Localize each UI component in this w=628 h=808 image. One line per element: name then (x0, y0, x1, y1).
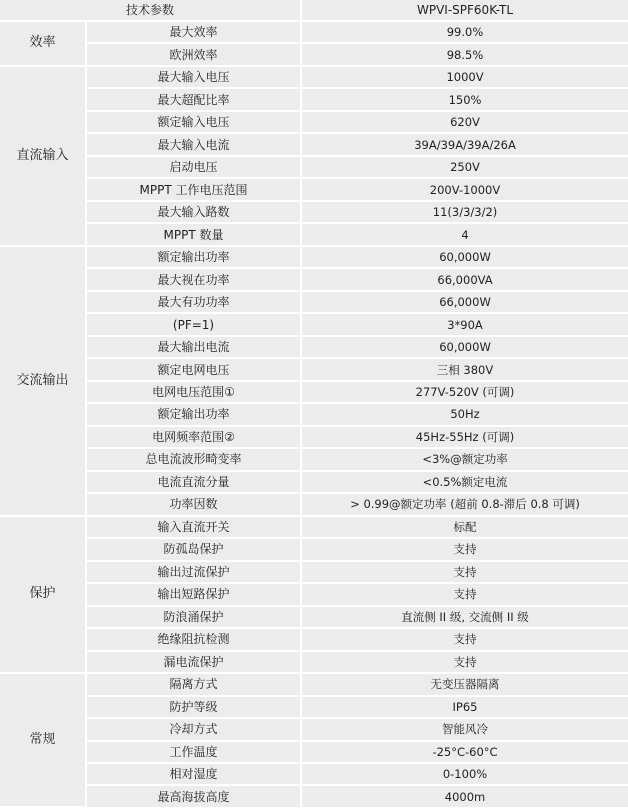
table-row: 最大输入路数11(3/3/3/2) (0, 201, 628, 223)
param-value: 11(3/3/3/2) (301, 201, 628, 223)
param-value: -25°C-60°C (301, 741, 628, 763)
table-row: 最大视在功率66,000VA (0, 268, 628, 290)
header-row: 技术参数 WPVI-SPF60K-TL (0, 0, 628, 21)
param-value: 50Hz (301, 403, 628, 425)
param-value: 66,000VA (301, 268, 628, 290)
table-row: 欧洲效率98.5% (0, 43, 628, 65)
table-row: 冷却方式智能风冷 (0, 718, 628, 740)
table-row: 额定输出功率50Hz (0, 403, 628, 425)
param-value: 支持 (301, 561, 628, 583)
param-value: 三相 380V (301, 358, 628, 380)
param-label: 防护等级 (86, 696, 301, 718)
param-value: IP65 (301, 696, 628, 718)
param-label: 电流直流分量 (86, 471, 301, 493)
param-label: 欧洲效率 (86, 43, 301, 65)
param-value: 66,000W (301, 291, 628, 313)
param-value: 277V-520V (可调) (301, 381, 628, 403)
param-label: 额定输出功率 (86, 246, 301, 268)
group-label: 交流输出 (0, 246, 86, 516)
param-value: 99.0% (301, 21, 628, 43)
param-label: 额定输出功率 (86, 403, 301, 425)
table-row: 常规隔离方式无变压器隔离 (0, 673, 628, 695)
param-label: 绝缘阻抗检测 (86, 628, 301, 650)
param-value: 39A/39A/39A/26A (301, 133, 628, 155)
param-value: 支持 (301, 628, 628, 650)
param-label: 输出过流保护 (86, 561, 301, 583)
param-label: 最大输入路数 (86, 201, 301, 223)
group-label: 直流输入 (0, 66, 86, 246)
param-label: 输出短路保护 (86, 583, 301, 605)
param-label: 最大输出电流 (86, 336, 301, 358)
param-label: 最大视在功率 (86, 268, 301, 290)
param-label: 防孤岛保护 (86, 538, 301, 560)
table-row: MPPT 数量4 (0, 223, 628, 245)
param-label: 最大输入电流 (86, 133, 301, 155)
param-label: 功率因数 (86, 493, 301, 515)
group-label: 效率 (0, 21, 86, 66)
param-value: 4 (301, 223, 628, 245)
table-row: 电网频率范围②45Hz-55Hz (可调) (0, 426, 628, 448)
table-row: 效率最大效率99.0% (0, 21, 628, 43)
table-row: 电流直流分量<0.5%额定电流 (0, 471, 628, 493)
param-value: 60,000W (301, 336, 628, 358)
param-value: 250V (301, 156, 628, 178)
param-label: 电网频率范围② (86, 426, 301, 448)
table-row: 输出短路保护支持 (0, 583, 628, 605)
param-value: 0-100% (301, 763, 628, 785)
param-label: (PF=1) (86, 313, 301, 335)
table-row: 绝缘阻抗检测支持 (0, 628, 628, 650)
table-row: 最大输出电流60,000W (0, 336, 628, 358)
param-label: 防浪涌保护 (86, 606, 301, 628)
param-label: 最大输入电压 (86, 66, 301, 88)
table-row: 漏电流保护支持 (0, 651, 628, 673)
param-value: 98.5% (301, 43, 628, 65)
param-value: 3*90A (301, 313, 628, 335)
table-row: 最大超配比率150% (0, 88, 628, 110)
param-value: > 0.99@额定功率 (超前 0.8-滞后 0.8 可调) (301, 493, 628, 515)
param-label: 启动电压 (86, 156, 301, 178)
table-row: 输出过流保护支持 (0, 561, 628, 583)
table-row: 交流输出额定输出功率60,000W (0, 246, 628, 268)
spec-table: 技术参数 WPVI-SPF60K-TL 效率最大效率99.0%欧洲效率98.5%… (0, 0, 628, 808)
table-row: 保护输入直流开关标配 (0, 516, 628, 538)
param-label: 隔离方式 (86, 673, 301, 695)
param-label: 总电流波形畸变率 (86, 448, 301, 470)
param-value: 直流侧 II 级, 交流侧 II 级 (301, 606, 628, 628)
param-label: 最大有功功率 (86, 291, 301, 313)
table-row: 功率因数> 0.99@额定功率 (超前 0.8-滞后 0.8 可调) (0, 493, 628, 515)
param-label: 电网电压范围① (86, 381, 301, 403)
param-value: 45Hz-55Hz (可调) (301, 426, 628, 448)
param-label: MPPT 工作电压范围 (86, 178, 301, 200)
table-row: 最大有功功率66,000W (0, 291, 628, 313)
param-label: 输入直流开关 (86, 516, 301, 538)
param-label: 额定输入电压 (86, 111, 301, 133)
param-value: <3%@额定功率 (301, 448, 628, 470)
table-row: 防浪涌保护直流侧 II 级, 交流侧 II 级 (0, 606, 628, 628)
table-row: 额定电网电压三相 380V (0, 358, 628, 380)
table-row: MPPT 工作电压范围200V-1000V (0, 178, 628, 200)
table-row: 防护等级IP65 (0, 696, 628, 718)
param-label: 冷却方式 (86, 718, 301, 740)
spec-body: 效率最大效率99.0%欧洲效率98.5%直流输入最大输入电压1000V最大超配比… (0, 21, 628, 807)
table-row: 启动电压250V (0, 156, 628, 178)
model-header: WPVI-SPF60K-TL (301, 0, 628, 21)
param-label: 工作温度 (86, 741, 301, 763)
table-row: 防孤岛保护支持 (0, 538, 628, 560)
param-value: <0.5%额定电流 (301, 471, 628, 493)
param-value: 1000V (301, 66, 628, 88)
table-row: 工作温度-25°C-60°C (0, 741, 628, 763)
param-value: 支持 (301, 583, 628, 605)
table-row: (PF=1)3*90A (0, 313, 628, 335)
param-value: 支持 (301, 538, 628, 560)
param-label: 漏电流保护 (86, 651, 301, 673)
param-label: 相对湿度 (86, 763, 301, 785)
param-value: 150% (301, 88, 628, 110)
group-label: 保护 (0, 516, 86, 673)
param-label: 最高海拔高度 (86, 785, 301, 807)
param-value: 支持 (301, 651, 628, 673)
param-value: 620V (301, 111, 628, 133)
table-row: 额定输入电压620V (0, 111, 628, 133)
table-row: 电网电压范围①277V-520V (可调) (0, 381, 628, 403)
param-value: 60,000W (301, 246, 628, 268)
param-value: 无变压器隔离 (301, 673, 628, 695)
param-value: 标配 (301, 516, 628, 538)
param-label: 最大超配比率 (86, 88, 301, 110)
param-header: 技术参数 (0, 0, 301, 21)
table-row: 最高海拔高度4000m (0, 785, 628, 807)
param-label: MPPT 数量 (86, 223, 301, 245)
param-value: 4000m (301, 785, 628, 807)
param-value: 200V-1000V (301, 178, 628, 200)
param-label: 最大效率 (86, 21, 301, 43)
group-label: 常规 (0, 673, 86, 807)
table-row: 总电流波形畸变率<3%@额定功率 (0, 448, 628, 470)
param-value: 智能风冷 (301, 718, 628, 740)
table-row: 最大输入电流39A/39A/39A/26A (0, 133, 628, 155)
param-label: 额定电网电压 (86, 358, 301, 380)
table-row: 直流输入最大输入电压1000V (0, 66, 628, 88)
table-row: 相对湿度0-100% (0, 763, 628, 785)
